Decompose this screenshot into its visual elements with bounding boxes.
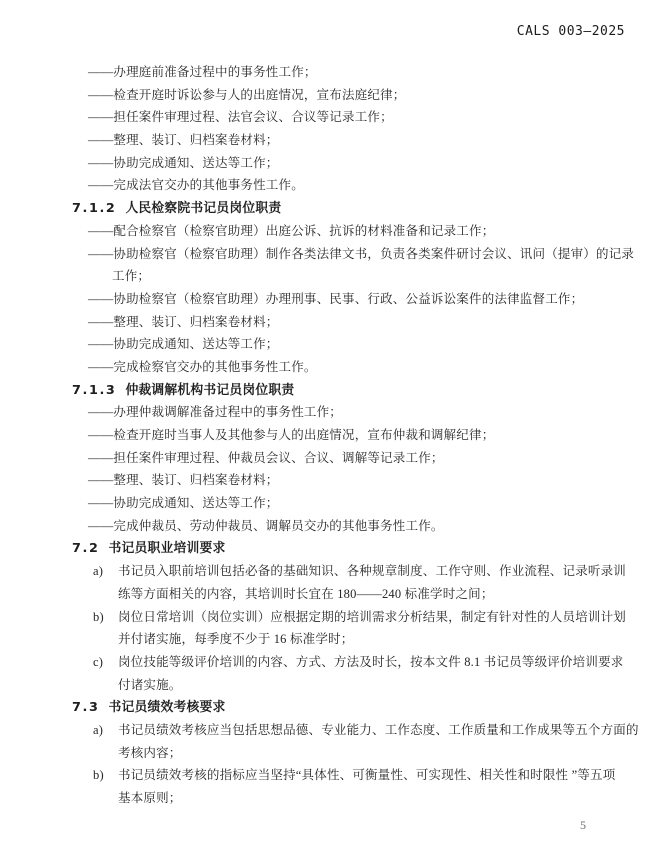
line-text: ——完成仲裁员、劳动仲裁员、调解员交办的其他事务性工作。	[88, 519, 444, 533]
list-item-dash: ——协助完成通知、送达等工作；	[0, 152, 646, 175]
line-text: ——检查开庭时当事人及其他参与人的出庭情况，宣布仲裁和调解纪律；	[88, 428, 494, 442]
section-heading: 7.3书记员绩效考核要求	[0, 696, 646, 719]
list-item-dash: ——担任案件审理过程、仲裁员会议、合议、调解等记录工作；	[0, 447, 646, 470]
list-item-dash: ——配合检察官（检察官助理）出庭公诉、抗诉的材料准备和记录工作；	[0, 220, 646, 243]
line-text: ——检查开庭时诉讼参与人的出庭情况，宣布法庭纪律；	[88, 88, 406, 102]
doc-number: CALS 003—2025	[517, 24, 625, 39]
list-item-lettered: a)书记员入职前培训包括必备的基础知识、各种规章制度、工作守则、作业流程、记录听…	[0, 560, 646, 583]
list-item-dash: ——完成法官交办的其他事务性工作。	[0, 174, 646, 197]
line-text: ——担任案件审理过程、法官会议、合议等记录工作；	[88, 110, 393, 124]
list-item-dash: ——整理、装订、归档案卷材料；	[0, 469, 646, 492]
item-letter: c)	[93, 651, 103, 674]
list-item-continuation: 练等方面相关的内容，其培训时长宜在 180——240 标准学时之间；	[0, 583, 646, 606]
item-letter: b)	[93, 606, 104, 629]
line-text: 书记员绩效考核的指标应当坚持“具体性、可衡量性、可实现性、相关性和时限性 ”等五…	[118, 768, 615, 782]
section-number: 7.1.2	[72, 201, 116, 216]
list-item-dash: ——完成检察官交办的其他事务性工作。	[0, 356, 646, 379]
section-heading: 7.2书记员职业培训要求	[0, 537, 646, 560]
list-item-dash: ——办理仲裁调解准备过程中的事务性工作；	[0, 401, 646, 424]
line-text: ——整理、装订、归档案卷材料；	[88, 473, 279, 487]
line-text: 书记员绩效考核应当包括思想品德、专业能力、工作态度、工作质量和工作成果等五个方面…	[118, 723, 639, 737]
line-text: 人民检察院书记员岗位职责	[125, 200, 281, 215]
list-item-dash: ——担任案件审理过程、法官会议、合议等记录工作；	[0, 106, 646, 129]
line-text: 付诸实施。	[118, 678, 182, 692]
list-item-lettered: b)岗位日常培训（岗位实训）应根据定期的培训需求分析结果，制定有针对性的人员培训…	[0, 606, 646, 629]
line-text: ——协助完成通知、送达等工作；	[88, 156, 279, 170]
document-body: ——办理庭前准备过程中的事务性工作；——检查开庭时诉讼参与人的出庭情况，宣布法庭…	[0, 61, 646, 810]
item-letter: a)	[93, 560, 103, 583]
line-text: ——担任案件审理过程、仲裁员会议、合议、调解等记录工作；	[88, 451, 444, 465]
line-text: ——协助检察官（检察官助理）制作各类法律文书，负责各类案件研讨会议、讯问（提审）…	[88, 247, 634, 261]
document-page: CALS 003—2025 ——办理庭前准备过程中的事务性工作；——检查开庭时诉…	[0, 0, 646, 846]
list-item-dash: ——整理、装订、归档案卷材料；	[0, 311, 646, 334]
line-text: ——协助检察官（检察官助理）办理刑事、民事、行政、公益诉讼案件的法律监督工作；	[88, 292, 583, 306]
line-text: ——协助完成通知、送达等工作；	[88, 496, 279, 510]
line-text: ——整理、装订、归档案卷材料；	[88, 133, 279, 147]
section-number: 7.3	[72, 700, 99, 715]
section-heading: 7.1.3仲裁调解机构书记员岗位职责	[0, 379, 646, 402]
line-text: ——配合检察官（检察官助理）出庭公诉、抗诉的材料准备和记录工作；	[88, 224, 494, 238]
list-item-continuation: 考核内容；	[0, 742, 646, 765]
list-item-dash: ——协助完成通知、送达等工作；	[0, 492, 646, 515]
item-letter: a)	[93, 719, 103, 742]
list-item-dash: ——整理、装订、归档案卷材料；	[0, 129, 646, 152]
list-item-dash: ——检查开庭时诉讼参与人的出庭情况，宣布法庭纪律；	[0, 84, 646, 107]
line-text: ——完成检察官交办的其他事务性工作。	[88, 360, 317, 374]
line-text: 基本原则；	[118, 791, 182, 805]
section-heading: 7.1.2人民检察院书记员岗位职责	[0, 197, 646, 220]
line-text: ——整理、装订、归档案卷材料；	[88, 315, 279, 329]
list-item-continuation: 基本原则；	[0, 787, 646, 810]
line-text: 练等方面相关的内容，其培训时长宜在 180——240 标准学时之间；	[118, 587, 494, 601]
line-text: ——完成法官交办的其他事务性工作。	[88, 178, 304, 192]
line-text: ——办理庭前准备过程中的事务性工作；	[88, 65, 317, 79]
line-text: 并付诸实施，每季度不少于 16 标准学时；	[118, 632, 353, 646]
line-text: 岗位技能等级评价培训的内容、方式、方法及时长，按本文件 8.1 书记员等级评价培…	[118, 655, 623, 669]
list-item-lettered: b)书记员绩效考核的指标应当坚持“具体性、可衡量性、可实现性、相关性和时限性 ”…	[0, 764, 646, 787]
list-item-lettered: a)书记员绩效考核应当包括思想品德、专业能力、工作态度、工作质量和工作成果等五个…	[0, 719, 646, 742]
list-item-dash: ——协助完成通知、送达等工作；	[0, 333, 646, 356]
list-item-dash: ——完成仲裁员、劳动仲裁员、调解员交办的其他事务性工作。	[0, 515, 646, 538]
line-text: 工作；	[112, 269, 150, 283]
line-text: 书记员入职前培训包括必备的基础知识、各种规章制度、工作守则、作业流程、记录听录训	[118, 564, 626, 578]
line-text: 仲裁调解机构书记员岗位职责	[125, 382, 294, 397]
line-text: 书记员绩效考核要求	[108, 699, 225, 714]
line-text: 考核内容；	[118, 746, 182, 760]
list-item-dash: ——检查开庭时当事人及其他参与人的出庭情况，宣布仲裁和调解纪律；	[0, 424, 646, 447]
line-text: 书记员职业培训要求	[108, 540, 225, 555]
line-text: ——协助完成通知、送达等工作；	[88, 337, 279, 351]
section-number: 7.1.3	[72, 383, 116, 398]
list-item-continuation: 并付诸实施，每季度不少于 16 标准学时；	[0, 628, 646, 651]
list-item-dash: ——协助检察官（检察官助理）制作各类法律文书，负责各类案件研讨会议、讯问（提审）…	[0, 243, 646, 266]
section-number: 7.2	[72, 541, 99, 556]
line-text: 岗位日常培训（岗位实训）应根据定期的培训需求分析结果，制定有针对性的人员培训计划	[118, 610, 626, 624]
list-item-continuation: 工作；	[0, 265, 646, 288]
list-item-continuation: 付诸实施。	[0, 674, 646, 697]
item-letter: b)	[93, 764, 104, 787]
line-text: ——办理仲裁调解准备过程中的事务性工作；	[88, 405, 342, 419]
list-item-lettered: c)岗位技能等级评价培训的内容、方式、方法及时长，按本文件 8.1 书记员等级评…	[0, 651, 646, 674]
list-item-dash: ——办理庭前准备过程中的事务性工作；	[0, 61, 646, 84]
list-item-dash: ——协助检察官（检察官助理）办理刑事、民事、行政、公益诉讼案件的法律监督工作；	[0, 288, 646, 311]
page-number: 5	[580, 818, 586, 833]
